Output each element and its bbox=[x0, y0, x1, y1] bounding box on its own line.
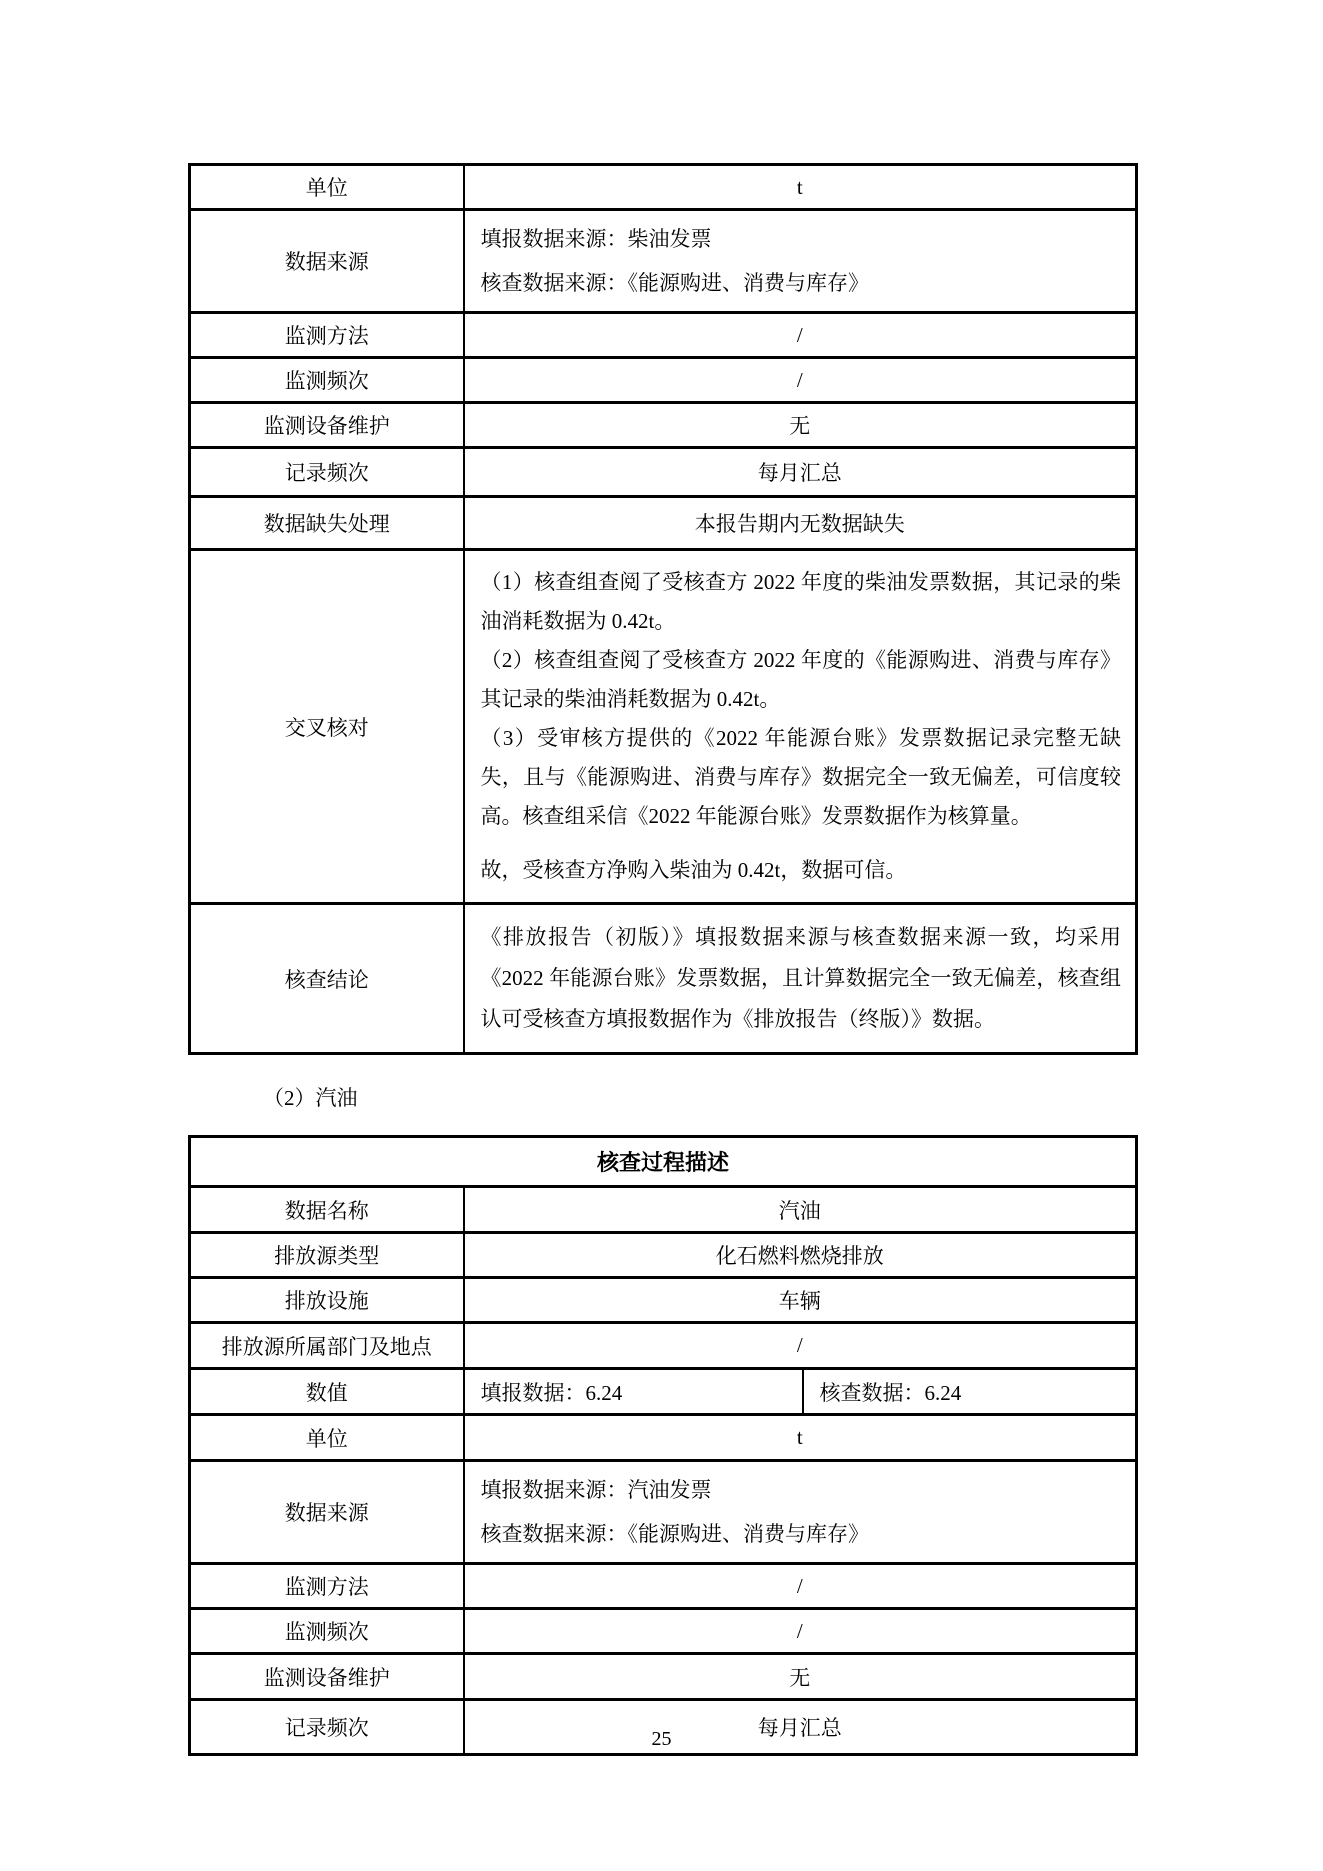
row-value: 每月汇总 bbox=[464, 448, 1137, 497]
table-row-unit: 单位 t bbox=[190, 165, 1137, 210]
table-row-monitor-method: 监测方法 / bbox=[190, 313, 1137, 358]
row-label: 核查结论 bbox=[190, 904, 464, 1054]
row-label: 数据缺失处理 bbox=[190, 497, 464, 550]
row-value: 车辆 bbox=[464, 1278, 1137, 1323]
table-row-cross-check: 交叉核对 （1）核查组查阅了受核查方 2022 年度的柴油发票数据，其记录的柴油… bbox=[190, 550, 1137, 904]
row-value: / bbox=[464, 1323, 1137, 1369]
row-label: 排放源所属部门及地点 bbox=[190, 1323, 464, 1369]
row-label: 监测设备维护 bbox=[190, 403, 464, 448]
filled-value: 填报数据：6.24 bbox=[464, 1369, 803, 1415]
table-header-row: 核查过程描述 bbox=[190, 1137, 1137, 1187]
cross-check-content: （1）核查组查阅了受核查方 2022 年度的柴油发票数据，其记录的柴油消耗数据为… bbox=[464, 550, 1137, 904]
gasoline-verification-table: 核查过程描述 数据名称 汽油 排放源类型 化石燃料燃烧排放 排放设施 车辆 排放… bbox=[188, 1135, 1138, 1756]
table-row-monitor-freq: 监测频次 / bbox=[190, 358, 1137, 403]
row-label: 数值 bbox=[190, 1369, 464, 1415]
row-value: t bbox=[464, 1415, 1137, 1461]
document-page: 单位 t 数据来源 填报数据来源：柴油发票 核查数据来源：《能源购进、消费与库存… bbox=[0, 0, 1323, 1871]
row-label: 监测方法 bbox=[190, 1564, 464, 1609]
row-label: 数据名称 bbox=[190, 1187, 464, 1233]
verified-data-source-line: 核查数据来源：《能源购进、消费与库存》 bbox=[481, 261, 1120, 305]
cross-check-item-1: （1）核查组查阅了受核查方 2022 年度的柴油发票数据，其记录的柴油消耗数据为… bbox=[481, 563, 1122, 641]
table-row-facility: 排放设施 车辆 bbox=[190, 1278, 1137, 1323]
row-value: / bbox=[464, 1564, 1137, 1609]
row-value: 填报数据来源：汽油发票 核查数据来源：《能源购进、消费与库存》 bbox=[464, 1461, 1137, 1564]
row-label: 监测频次 bbox=[190, 1609, 464, 1654]
diesel-verification-table: 单位 t 数据来源 填报数据来源：柴油发票 核查数据来源：《能源购进、消费与库存… bbox=[188, 163, 1138, 1055]
table-row-data-name: 数据名称 汽油 bbox=[190, 1187, 1137, 1233]
row-value: 本报告期内无数据缺失 bbox=[464, 497, 1137, 550]
row-value: 汽油 bbox=[464, 1187, 1137, 1233]
row-label: 排放源类型 bbox=[190, 1233, 464, 1278]
row-label: 记录频次 bbox=[190, 448, 464, 497]
table-row-data-source: 数据来源 填报数据来源：汽油发票 核查数据来源：《能源购进、消费与库存》 bbox=[190, 1461, 1137, 1564]
row-label: 单位 bbox=[190, 165, 464, 210]
conclusion-text: 《排放报告（初版）》填报数据来源与核查数据来源一致，均采用《2022 年能源台账… bbox=[481, 917, 1122, 1040]
row-label: 监测频次 bbox=[190, 358, 464, 403]
row-label: 排放设施 bbox=[190, 1278, 464, 1323]
row-label: 单位 bbox=[190, 1415, 464, 1461]
row-value: t bbox=[464, 165, 1137, 210]
row-value: / bbox=[464, 1609, 1137, 1654]
table-row-unit: 单位 t bbox=[190, 1415, 1137, 1461]
cross-check-item-3: （3）受审核方提供的《2022 年能源台账》发票数据记录完整无缺失，且与《能源购… bbox=[481, 719, 1122, 836]
table-row-monitor-freq: 监测频次 / bbox=[190, 1609, 1137, 1654]
cross-check-item-2: （2）核查组查阅了受核查方 2022 年度的《能源购进、消费与库存》其记录的柴油… bbox=[481, 641, 1122, 719]
row-value: 化石燃料燃烧排放 bbox=[464, 1233, 1137, 1278]
row-label: 监测方法 bbox=[190, 313, 464, 358]
filled-data-source-line: 填报数据来源：柴油发票 bbox=[481, 217, 1120, 261]
row-value: 无 bbox=[464, 1654, 1137, 1700]
table-row-monitor-method: 监测方法 / bbox=[190, 1564, 1137, 1609]
cross-check-summary: 故，受核查方净购入柴油为 0.42t，数据可信。 bbox=[481, 851, 1122, 890]
row-label: 数据来源 bbox=[190, 1461, 464, 1564]
table-row-equip-maint: 监测设备维护 无 bbox=[190, 1654, 1137, 1700]
table-row-source-type: 排放源类型 化石燃料燃烧排放 bbox=[190, 1233, 1137, 1278]
table-row-equip-maint: 监测设备维护 无 bbox=[190, 403, 1137, 448]
filled-data-source-line: 填报数据来源：汽油发票 bbox=[481, 1468, 1120, 1512]
verified-value: 核查数据：6.24 bbox=[803, 1369, 1137, 1415]
table-row-value: 数值 填报数据：6.24 核查数据：6.24 bbox=[190, 1369, 1137, 1415]
table-row-department: 排放源所属部门及地点 / bbox=[190, 1323, 1137, 1369]
page-content: 单位 t 数据来源 填报数据来源：柴油发票 核查数据来源：《能源购进、消费与库存… bbox=[188, 163, 1135, 1756]
section-heading-gasoline: （2）汽油 bbox=[263, 1084, 1135, 1112]
table-title: 核查过程描述 bbox=[190, 1137, 1137, 1187]
table-row-data-source: 数据来源 填报数据来源：柴油发票 核查数据来源：《能源购进、消费与库存》 bbox=[190, 210, 1137, 313]
row-value: / bbox=[464, 358, 1137, 403]
table-row-conclusion: 核查结论 《排放报告（初版）》填报数据来源与核查数据来源一致，均采用《2022 … bbox=[190, 904, 1137, 1054]
row-label: 监测设备维护 bbox=[190, 1654, 464, 1700]
verified-data-source-line: 核查数据来源：《能源购进、消费与库存》 bbox=[481, 1512, 1120, 1556]
conclusion-content: 《排放报告（初版）》填报数据来源与核查数据来源一致，均采用《2022 年能源台账… bbox=[464, 904, 1137, 1054]
table-row-record-freq: 记录频次 每月汇总 bbox=[190, 448, 1137, 497]
page-number: 25 bbox=[0, 1728, 1323, 1751]
row-value: / bbox=[464, 313, 1137, 358]
row-label: 数据来源 bbox=[190, 210, 464, 313]
row-value: 填报数据来源：柴油发票 核查数据来源：《能源购进、消费与库存》 bbox=[464, 210, 1137, 313]
row-value: 无 bbox=[464, 403, 1137, 448]
row-label: 交叉核对 bbox=[190, 550, 464, 904]
table-row-missing-data: 数据缺失处理 本报告期内无数据缺失 bbox=[190, 497, 1137, 550]
